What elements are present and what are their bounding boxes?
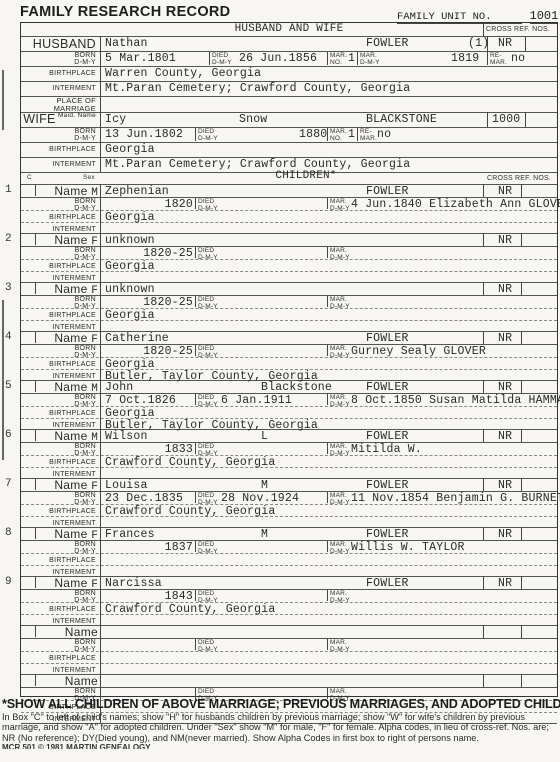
cross-ref-divider: [521, 233, 522, 246]
footnote-heading: *SHOW ALL CHILDREN OF ABOVE MARRIAGE; PR…: [2, 697, 558, 711]
name-label: Name F: [21, 576, 101, 589]
child-dates-row: BORND-M-Y 1820-25 DIEDD-M-Y MAR.D-M-Y: [21, 246, 557, 260]
divider: [195, 541, 196, 552]
birthplace-label: BIRTHPLACE: [21, 66, 101, 81]
cross-ref-divider: [483, 576, 484, 589]
interment-label: INTERMENT: [21, 81, 101, 96]
interment-label: INTERMENT: [21, 418, 101, 429]
cross-ref-divider: [521, 478, 522, 491]
wife-remarried[interactable]: no: [377, 128, 391, 141]
child-number: 9: [5, 576, 12, 588]
husband-birthplace[interactable]: Warren County, Georgia: [105, 67, 261, 80]
child-number: 7: [5, 478, 12, 490]
name-label: Name M: [21, 429, 101, 442]
birthplace-label: BIRTHPLACE: [21, 602, 101, 614]
born-label: BORND-M-Y: [21, 589, 101, 602]
wife-name-row: WIFE Maid. Name Icy Snow BLACKSTONE 1000: [21, 112, 557, 128]
born-label: BORND-M-Y: [21, 51, 101, 66]
child-number: 5: [5, 380, 12, 392]
husband-dates-row: BORND-M-Y 5 Mar.1801 DIEDD-M-Y 26 Jun.18…: [21, 51, 557, 67]
name-label: Name: [21, 625, 101, 638]
divider: [195, 247, 196, 258]
divider: [195, 128, 196, 141]
wife-born[interactable]: 13 Jun.1802: [105, 128, 183, 141]
divider: [195, 394, 196, 405]
birthplace-label: BIRTHPLACE: [21, 504, 101, 516]
birthplace-label: BIRTHPLACE: [21, 553, 101, 565]
margin-mark: [2, 70, 4, 130]
cross-ref-divider: [483, 478, 484, 491]
wife-given-name[interactable]: Icy: [105, 113, 126, 126]
cross-ref-divider: [521, 282, 522, 295]
child-number: 4: [5, 331, 12, 343]
cross-ref-divider: [521, 527, 522, 540]
wife-surname[interactable]: BLACKSTONE: [366, 113, 437, 126]
child-number: 6: [5, 429, 12, 441]
cross-ref-divider: [483, 233, 484, 246]
interment-label: INTERMENT: [21, 614, 101, 625]
wife-died[interactable]: 1880: [299, 128, 327, 141]
cross-ref-divider: [483, 429, 484, 442]
child-dates-row: BORND-M-Y 1837 DIEDD-M-Y MAR.D-M-Y Willi…: [21, 540, 557, 554]
born-label: BORND-M-Y: [21, 295, 101, 308]
mar-date-label: MAR.D-M-Y: [360, 53, 380, 66]
place-of-marriage-label: PLACE OFMARRIAGE: [21, 96, 101, 112]
born-label: BORND-M-Y: [21, 197, 101, 210]
born-label: BORND-M-Y: [21, 344, 101, 357]
divider: [195, 198, 196, 209]
divider: [327, 394, 328, 405]
children-heading: CHILDREN*: [221, 170, 391, 182]
birthplace-label: BIRTHPLACE: [21, 357, 101, 369]
cross-ref-divider: [525, 36, 526, 51]
cross-ref-divider: [521, 429, 522, 442]
interment-label: INTERMENT: [21, 663, 101, 674]
divider: [327, 345, 328, 356]
cross-ref-divider: [483, 380, 484, 393]
child-name-row: 8 Name F Frances M FOWLER NR: [21, 527, 557, 541]
remarried-label: RE-MAR.: [490, 53, 507, 66]
place-of-marriage-row: PLACE OFMARRIAGE: [21, 96, 557, 113]
mar-no-label: MAR.NO.: [330, 53, 347, 66]
husband-name-row: HUSBAND Nathan FOWLER (1) NR: [21, 36, 557, 52]
mar-no-label: MAR.NO.: [330, 129, 347, 142]
footnote: *SHOW ALL CHILDREN OF ABOVE MARRIAGE; PR…: [2, 697, 558, 749]
c-column-label: C: [27, 175, 32, 182]
wife-maiden-name[interactable]: Snow: [239, 113, 267, 126]
wife-label: WIFE Maid. Name: [21, 112, 101, 127]
husband-cross-ref[interactable]: NR: [498, 37, 512, 50]
cross-ref-divider: [483, 23, 484, 36]
sex-column-label: Sex: [83, 175, 95, 182]
divider: [195, 296, 196, 307]
husband-mar-no[interactable]: 1: [348, 52, 355, 65]
husband-interment-row: INTERMENT Mt.Paran Cemetery; Crawford Co…: [21, 81, 557, 97]
born-label: BORND-M-Y: [21, 246, 101, 259]
interment-label: INTERMENT: [21, 565, 101, 576]
birthplace-label: BIRTHPLACE: [21, 259, 101, 271]
divider: [357, 128, 358, 141]
divider: [487, 52, 488, 65]
divider: [195, 443, 196, 454]
divider: [327, 198, 328, 209]
child-number: 3: [5, 282, 12, 294]
name-label: Name: [21, 674, 101, 687]
husband-born[interactable]: 5 Mar.1801: [105, 52, 176, 65]
name-label: Name F: [21, 478, 101, 491]
cross-ref-divider: [483, 625, 484, 638]
family-record-form: HUSBAND AND WIFE CROSS REF. NOS. HUSBAND…: [20, 22, 558, 697]
divider: [327, 590, 328, 601]
husband-label: HUSBAND: [21, 36, 101, 51]
margin-mark: [2, 300, 4, 460]
birthplace-label: BIRTHPLACE: [21, 651, 101, 663]
divider: [327, 492, 328, 503]
born-label: BORND-M-Y: [21, 540, 101, 553]
birthplace-label: BIRTHPLACE: [21, 142, 101, 157]
footnote-body: In Box "C" to left of child's names; sho…: [2, 712, 558, 743]
born-label: BORND-M-Y: [21, 393, 101, 406]
cross-ref-label: CROSS REF. NOS.: [487, 176, 551, 183]
interment-label: INTERMENT: [21, 157, 101, 172]
child-dates-row: BORND-M-Y 1843 DIEDD-M-Y MAR.D-M-Y: [21, 589, 557, 603]
child-name-row: Name: [21, 674, 557, 688]
child-name-row: 4 Name F Catherine FOWLER NR: [21, 331, 557, 345]
child-name-row: 6 Name M Wilson L FOWLER NR: [21, 429, 557, 443]
divider: [195, 492, 196, 503]
divider: [327, 52, 328, 65]
child-name-row: Name: [21, 625, 557, 639]
interment-label: INTERMENT: [21, 222, 101, 233]
name-label: Name F: [21, 233, 101, 246]
birthplace-label: BIRTHPLACE: [21, 308, 101, 320]
interment-label: INTERMENT: [21, 271, 101, 282]
child-name-row: 2 Name F unknown NR: [21, 233, 557, 247]
child-number: 2: [5, 233, 12, 245]
husband-interment[interactable]: Mt.Paran Cemetery; Crawford County, Geor…: [105, 82, 410, 95]
publisher-line: MCR 501 © 1981 MARTIN GENEALOGY: [2, 743, 558, 749]
name-label: Name F: [21, 527, 101, 540]
wife-mar-no[interactable]: 1: [348, 128, 355, 141]
cross-ref-divider: [483, 184, 484, 197]
divider: [327, 247, 328, 258]
wife-birthplace-row: BIRTHPLACE Georgia: [21, 142, 557, 158]
wife-cross-ref[interactable]: 1000: [492, 113, 520, 126]
wife-birthplace[interactable]: Georgia: [105, 143, 155, 156]
husband-birthplace-row: BIRTHPLACE Warren County, Georgia: [21, 66, 557, 82]
child-name-row: 1 Name M Zephenian FOWLER NR: [21, 184, 557, 198]
family-unit-number: FAMILY UNIT NO.1001: [397, 9, 558, 23]
name-label: Name F: [21, 282, 101, 295]
birthplace-label: BIRTHPLACE: [21, 406, 101, 418]
cross-ref-divider: [521, 625, 522, 638]
cross-ref-divider: [521, 184, 522, 197]
remarried-label: RE-MAR.: [360, 129, 377, 142]
divider: [327, 128, 328, 141]
interment-label: INTERMENT: [21, 320, 101, 331]
child-name-row: 9 Name F Narcissa FOWLER NR: [21, 576, 557, 590]
child-dates-row: BORND-M-Y 1820-25 DIEDD-M-Y MAR.D-M-Y: [21, 295, 557, 309]
child-name-row: 7 Name F Louisa M FOWLER NR: [21, 478, 557, 492]
born-label: BORND-M-Y: [21, 491, 101, 504]
cross-ref-divider: [521, 576, 522, 589]
birthplace-label: BIRTHPLACE: [21, 455, 101, 467]
divider: [357, 52, 358, 65]
cross-ref-divider: [525, 112, 526, 127]
divider: [327, 296, 328, 307]
cross-ref-divider: [487, 112, 488, 127]
cross-ref-divider: [521, 674, 522, 687]
husband-died[interactable]: 26 Jun.1856: [239, 52, 317, 65]
cross-ref-divider: [487, 36, 488, 51]
cross-ref-divider: [521, 331, 522, 344]
child-number: 8: [5, 527, 12, 539]
child-dates-row: BORND-M-Y 1820-25 DIEDD-M-Y MAR.D-M-Y Gu…: [21, 344, 557, 358]
interment-label: INTERMENT: [21, 467, 101, 478]
wife-dates-row: BORND-M-Y 13 Jun.1802 DIEDD-M-Y 1880 MAR…: [21, 127, 557, 143]
interment-label: INTERMENT: [21, 369, 101, 380]
child-dates-row: BORND-M-Y 1820 DIEDD-M-Y MAR.D-M-Y 4 Jun…: [21, 197, 557, 211]
husband-given-name[interactable]: Nathan: [105, 37, 148, 50]
husband-wife-heading: HUSBAND AND WIFE: [21, 23, 557, 35]
child-number: 1: [5, 184, 12, 196]
child-dates-row: BORND-M-Y 23 Dec.1835 DIEDD-M-Y 28 Nov.1…: [21, 491, 557, 505]
cross-ref-divider: [521, 380, 522, 393]
divider: [327, 443, 328, 454]
cross-ref-divider: [483, 331, 484, 344]
husband-mar-date[interactable]: 1819: [451, 52, 479, 65]
died-label: DIEDD-M-Y: [198, 129, 218, 142]
cross-ref-divider: [483, 282, 484, 295]
born-label: BORND-M-Y: [21, 127, 101, 142]
child-dates-row: BORND-M-Y DIEDD-M-Y MAR.D-M-Y: [21, 638, 557, 652]
child-dates-row: BORND-M-Y 7 Oct.1826 DIEDD-M-Y 6 Jan.191…: [21, 393, 557, 407]
birthplace-label: BIRTHPLACE: [21, 210, 101, 222]
child-name-row: 3 Name F unknown NR: [21, 282, 557, 296]
cross-ref-divider: [483, 527, 484, 540]
cross-ref-label: CROSS REF. NOS.: [486, 27, 550, 34]
divider: [327, 541, 328, 552]
husband-remarried[interactable]: no: [511, 52, 525, 65]
born-label: BORND-M-Y: [21, 442, 101, 455]
child-name-row: 5 Name M John Blackstone FOWLER NR: [21, 380, 557, 394]
name-label: Name F: [21, 331, 101, 344]
born-label: BORND-M-Y: [21, 638, 101, 651]
child-dates-row: BORND-M-Y 1833 DIEDD-M-Y MAR.D-M-Y Mitil…: [21, 442, 557, 456]
divider: [195, 590, 196, 601]
husband-wife-header: HUSBAND AND WIFE CROSS REF. NOS.: [21, 23, 557, 37]
husband-surname[interactable]: FOWLER: [366, 37, 409, 50]
divider: [195, 345, 196, 356]
interment-label: INTERMENT: [21, 516, 101, 527]
name-label: Name M: [21, 380, 101, 393]
form-title: FAMILY RESEARCH RECORD: [20, 4, 230, 20]
divider: [195, 639, 196, 650]
name-label: Name M: [21, 184, 101, 197]
divider: [209, 52, 210, 65]
died-label: DIEDD-M-Y: [212, 53, 232, 66]
divider: [327, 639, 328, 650]
cross-ref-divider: [483, 674, 484, 687]
